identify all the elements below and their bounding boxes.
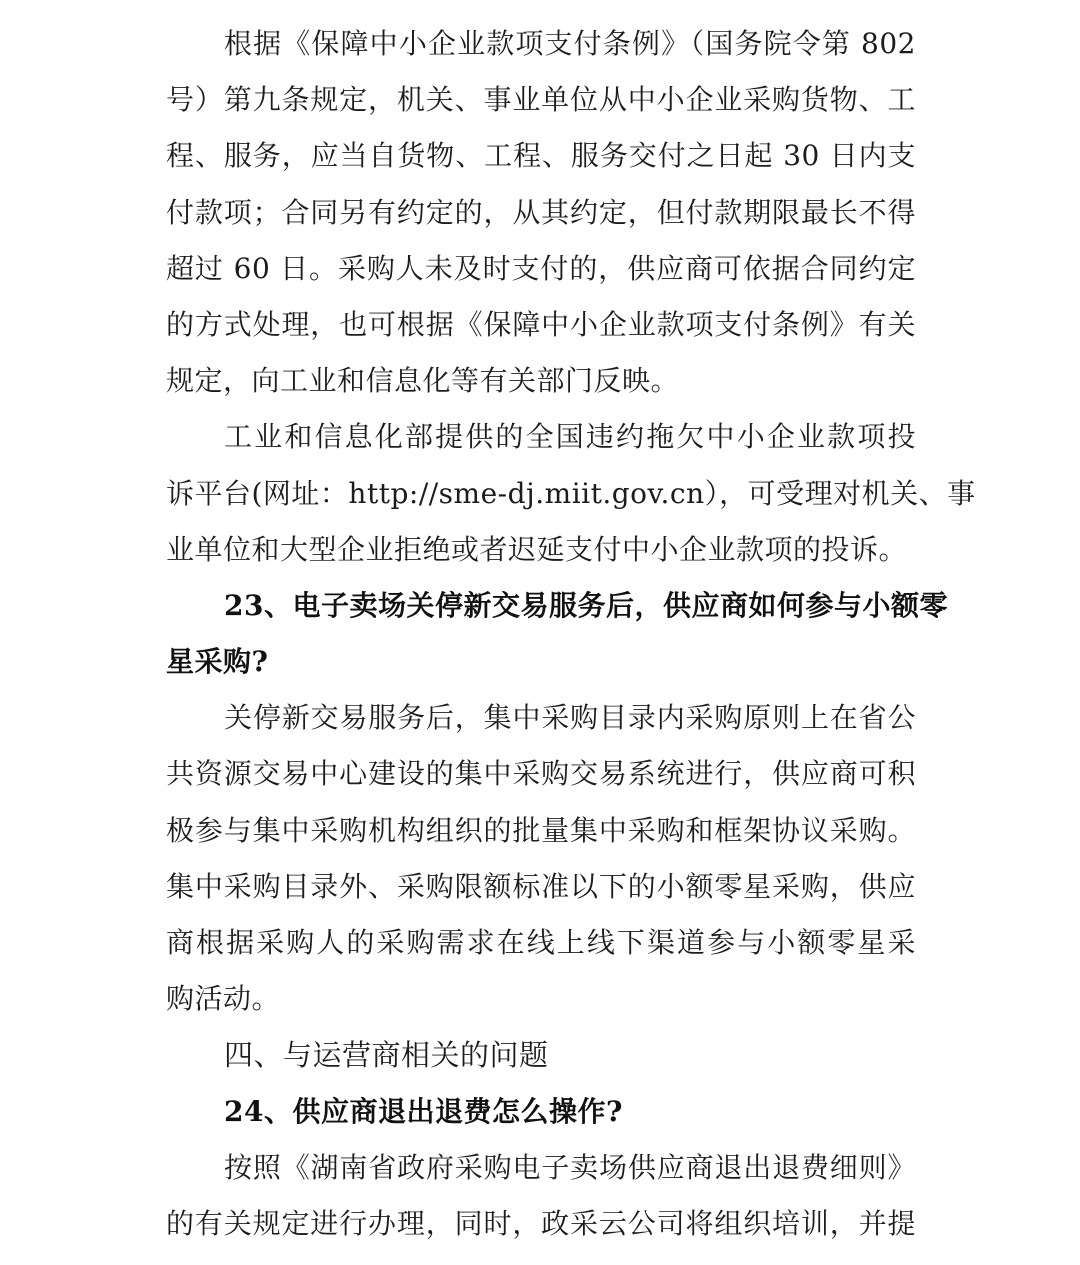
paragraph-payment-regulation: 根据《保障中小企业款项支付条例》（国务院令第 802 号）第九条规定，机关、事业… [166, 16, 916, 409]
text-line: 程、服务，应当自货物、工程、服务交付之日起 30 日内支 [166, 128, 916, 184]
section-heading: 四、与运营商相关的问题 [166, 1027, 916, 1083]
text-line: 关停新交易服务后，集中采购目录内采购原则上在省公 [166, 690, 916, 746]
answer-23: 关停新交易服务后，集中采购目录内采购原则上在省公 共资源交易中心建设的集中采购交… [166, 690, 916, 1027]
question-24: 24、供应商退出退费怎么操作? [166, 1084, 916, 1140]
question-heading-line: 星采购? [166, 634, 916, 690]
text-line: 共资源交易中心建设的集中采购交易系统进行，供应商可积 [166, 746, 916, 802]
section-4-heading: 四、与运营商相关的问题 [166, 1027, 916, 1083]
text-line: 超过 60 日。采购人未及时支付的，供应商可依据合同约定 [166, 241, 916, 297]
question-heading-line: 23、电子卖场关停新交易服务后，供应商如何参与小额零 [166, 578, 916, 634]
text-line: 业单位和大型企业拒绝或者迟延支付中小企业款项的投诉。 [166, 522, 916, 578]
text-line: 购活动。 [166, 971, 916, 1027]
answer-24: 按照《湖南省政府采购电子卖场供应商退出退费细则》 的有关规定进行办理，同时，政采… [166, 1140, 916, 1252]
text-line-with-url: 诉平台(网址：http://sme-dj.miit.gov.cn），可受理对机关… [166, 466, 916, 522]
text-line: 的有关规定进行办理，同时，政采云公司将组织培训，并提 [166, 1196, 916, 1252]
text-line: 按照《湖南省政府采购电子卖场供应商退出退费细则》 [166, 1140, 916, 1196]
question-heading-line: 24、供应商退出退费怎么操作? [166, 1084, 916, 1140]
text-line: 极参与集中采购机构组织的批量集中采购和框架协议采购。 [166, 803, 916, 859]
text-line: 根据《保障中小企业款项支付条例》（国务院令第 802 [166, 16, 916, 72]
text-line: 集中采购目录外、采购限额标准以下的小额零星采购，供应 [166, 859, 916, 915]
text-line: 付款项；合同另有约定的，从其约定，但付款期限最长不得 [166, 185, 916, 241]
text-line: 工业和信息化部提供的全国违约拖欠中小企业款项投 [166, 409, 916, 465]
text-line: 规定，向工业和信息化等有关部门反映。 [166, 353, 916, 409]
question-23: 23、电子卖场关停新交易服务后，供应商如何参与小额零 星采购? [166, 578, 916, 690]
text-line: 号）第九条规定，机关、事业单位从中小企业采购货物、工 [166, 72, 916, 128]
text-line: 的方式处理，也可根据《保障中小企业款项支付条例》有关 [166, 297, 916, 353]
document-page: 根据《保障中小企业款项支付条例》（国务院令第 802 号）第九条规定，机关、事业… [166, 16, 916, 1252]
text-line: 商根据采购人的采购需求在线上线下渠道参与小额零星采 [166, 915, 916, 971]
paragraph-complaint-platform: 工业和信息化部提供的全国违约拖欠中小企业款项投 诉平台(网址：http://sm… [166, 409, 916, 578]
